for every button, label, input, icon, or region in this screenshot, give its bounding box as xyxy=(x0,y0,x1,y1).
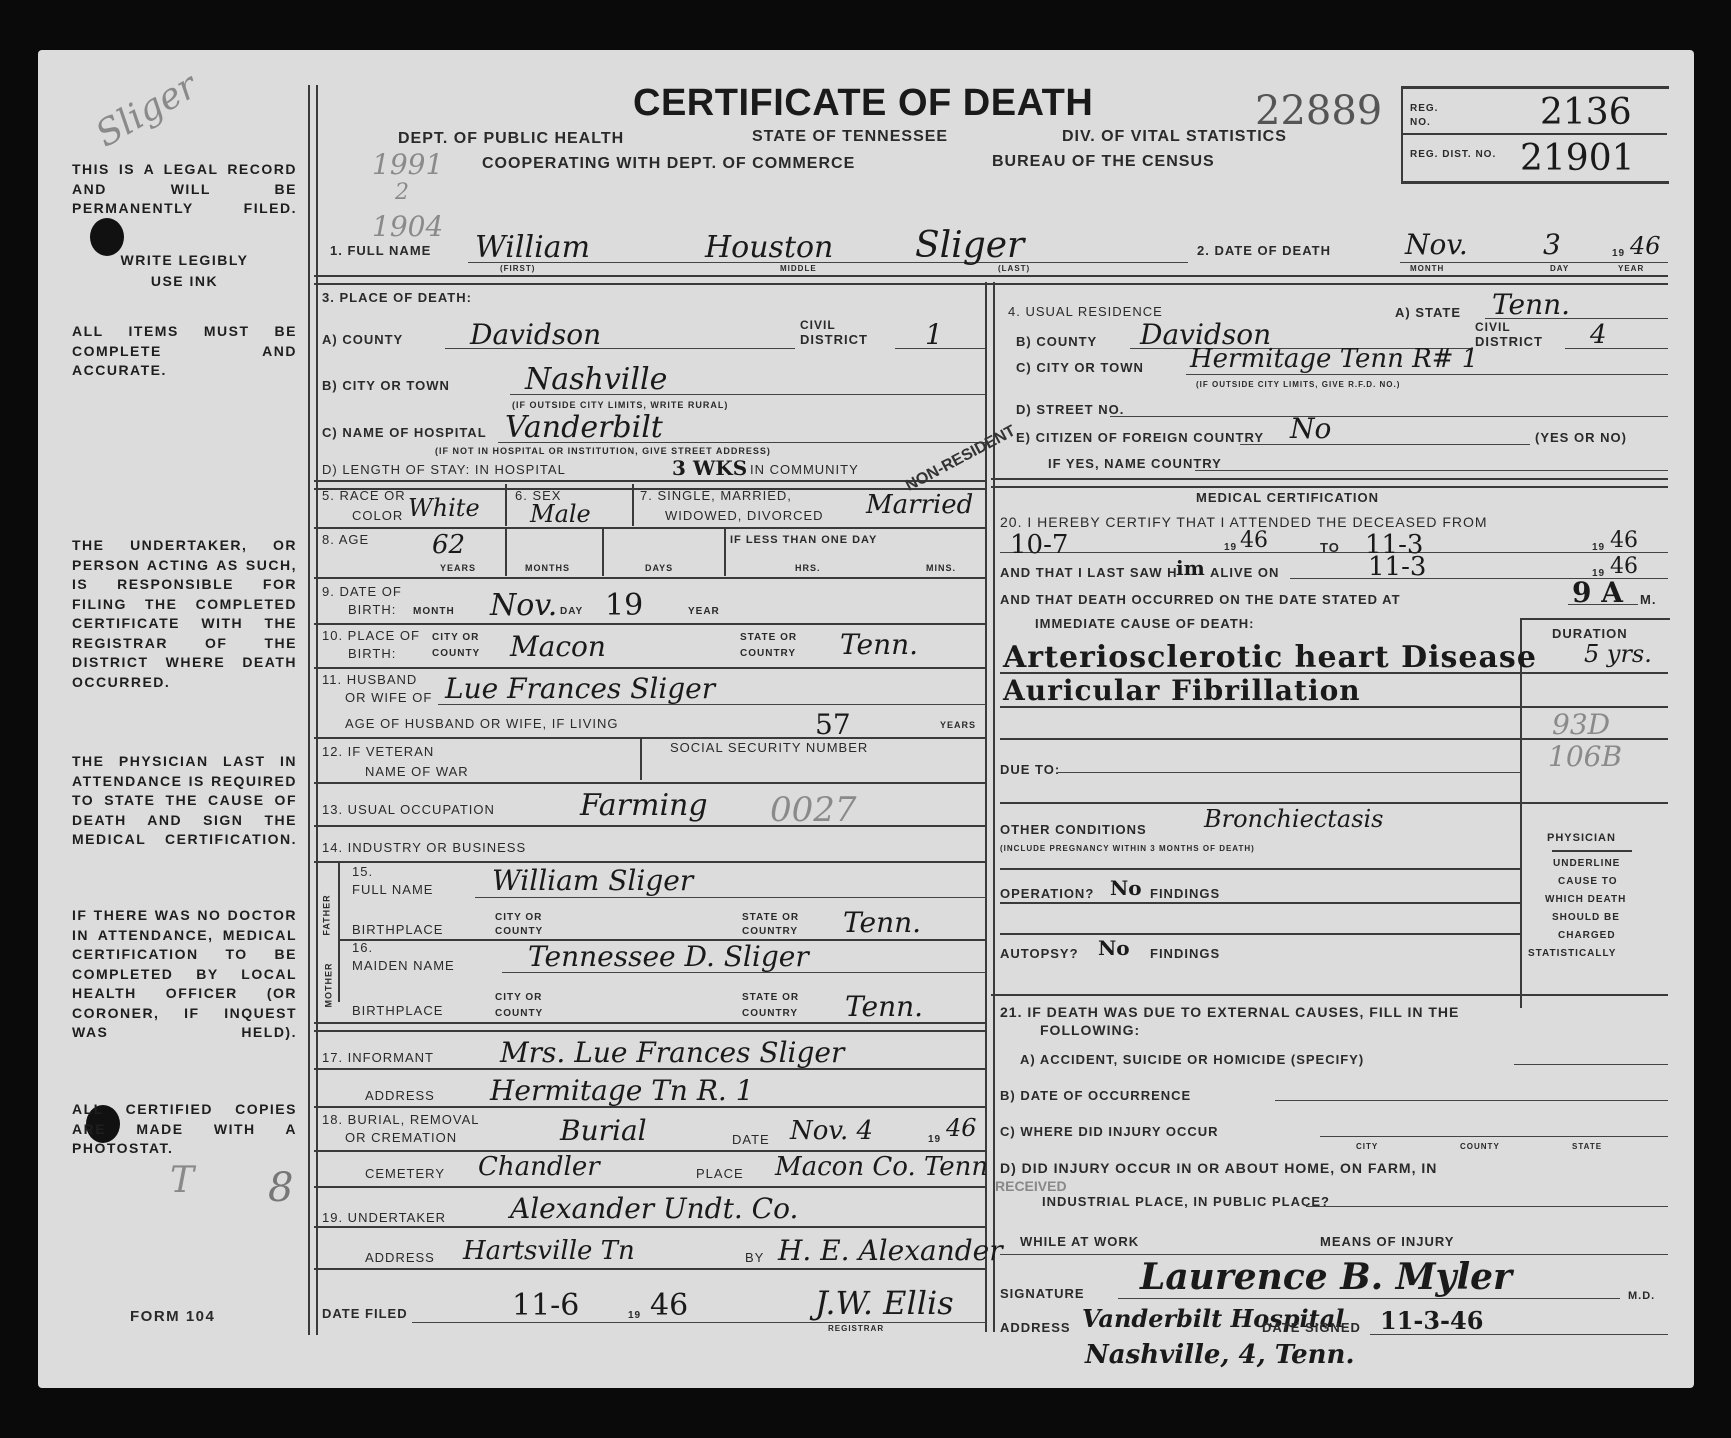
pod-stay-label: D) Length of Stay: In Hospital xyxy=(322,462,566,477)
pod-district: 1 xyxy=(925,318,943,351)
full-name-label: 1. Full Name xyxy=(330,243,431,258)
last-saw-date: 11-3 xyxy=(1368,552,1426,582)
pod-hospital-label: C) Name of Hospital xyxy=(322,425,487,440)
bp-state-label-1: State or xyxy=(740,632,797,643)
time-suffix: M. xyxy=(1640,592,1656,607)
from-year-prefix: 19 xyxy=(1224,542,1237,553)
physician-note-title: Physician xyxy=(1547,832,1616,844)
place-of-death-label: 3. Place of Death: xyxy=(322,290,472,305)
immediate-cause-label: Immediate cause of death: xyxy=(1035,616,1255,631)
birth-month: Nov. xyxy=(490,588,557,623)
age-sub-hrs: Hrs. xyxy=(795,563,821,573)
to-label: To xyxy=(1320,540,1340,555)
informant-name: Mrs. Lue Frances Sliger xyxy=(500,1036,844,1069)
header-dept: Dept. of Public Health xyxy=(398,130,624,148)
registrar-signature: J.W. Ellis xyxy=(815,1284,954,1322)
undertaker-label: 19. Undertaker xyxy=(322,1210,446,1225)
alive-on-label: alive on xyxy=(1210,565,1279,580)
mother-side-label: Mother xyxy=(324,963,334,1008)
age-label: 8. Age xyxy=(322,532,369,547)
ext-c-county: County xyxy=(1460,1142,1500,1151)
due-to-label: Due to: xyxy=(1000,762,1060,777)
marital-label-2: Widowed, Divorced xyxy=(665,508,824,523)
spouse-name: Lue Frances Sliger xyxy=(445,672,715,705)
occupation-pencil-code: 0027 xyxy=(770,790,857,830)
medical-cert-title: Medical Certification xyxy=(1196,490,1379,505)
pod-civil-label: Civil xyxy=(800,318,836,332)
time-of-death: 9 A xyxy=(1572,576,1623,609)
registrar-label: Registrar xyxy=(828,1324,884,1333)
physician-address-2: Nashville, 4, Tenn. xyxy=(1085,1340,1355,1370)
pod-hospital-note: (If not in hospital or institution, give… xyxy=(435,446,771,456)
sidebar-no-doctor-note: IF THERE WAS NO DOCTOR IN ATTENDANCE, ME… xyxy=(72,906,297,1043)
physician-note-5: charged xyxy=(1558,930,1616,941)
father-birthplace-label: Birthplace xyxy=(352,922,443,937)
mother-name-label: Maiden Name xyxy=(352,958,455,973)
full-name-first: William xyxy=(475,230,590,265)
mother-birthplace-state: Tenn. xyxy=(845,990,923,1023)
sidebar-use-ink: USE INK xyxy=(72,272,297,292)
autopsy-value: No xyxy=(1098,936,1130,960)
undertaker-name: Alexander Undt. Co. xyxy=(510,1192,798,1225)
certificate-title: CERTIFICATE OF DEATH xyxy=(633,82,1093,125)
cause-code-2: 106B xyxy=(1548,740,1622,773)
birth-day: 19 xyxy=(605,588,643,623)
to-year-prefix: 19 xyxy=(1592,542,1605,553)
father-city-label-1: City or xyxy=(495,912,542,923)
sub-label-first: (First) xyxy=(500,264,535,273)
pod-city-label: B) City or Town xyxy=(322,378,450,393)
age-sub-days: Days xyxy=(645,563,673,573)
date-filed-label: Date Filed xyxy=(322,1306,408,1321)
spouse-age-label: Age of husband or wife, if living xyxy=(345,716,619,731)
attended-from-year: 46 xyxy=(1240,528,1268,553)
sidebar-photostat-note: ALL CERTIFIED COPIES ARE MADE WITH A PHO… xyxy=(72,1100,297,1159)
operation-value: No xyxy=(1110,876,1142,900)
occupation-value: Farming xyxy=(580,788,708,823)
cause-1-duration: 5 yrs. xyxy=(1584,640,1652,668)
mother-state-label-1: State or xyxy=(742,992,799,1003)
birth-place-city: Macon xyxy=(510,630,606,663)
sub-label-year: Year xyxy=(1618,264,1644,273)
birth-place-label-2: Birth: xyxy=(348,646,396,661)
father-name: William Sliger xyxy=(492,864,693,897)
attended-to-year: 46 xyxy=(1610,528,1638,553)
header-bureau: Bureau of the Census xyxy=(992,153,1215,171)
ext-c-label: C) Where did injury occur xyxy=(1000,1124,1219,1139)
sidebar-all-items: ALL ITEMS MUST BE COMPLETE AND ACCURATE. xyxy=(72,322,297,381)
physician-note-3: which death xyxy=(1545,894,1626,905)
mother-state-label-2: Country xyxy=(742,1008,798,1019)
burial-label-1: 18. Burial, Removal xyxy=(322,1112,479,1127)
burial-place: Macon Co. Tenn xyxy=(775,1152,988,1182)
age-less-than-day: If less than one day xyxy=(730,534,877,546)
birth-place-label-1: 10. Place of xyxy=(322,628,420,643)
sub-label-month: Month xyxy=(1410,264,1444,273)
undertaker-by-label: By xyxy=(745,1250,764,1265)
burial-year-prefix: 19 xyxy=(928,1134,941,1145)
color-label: Color xyxy=(352,508,403,523)
residence-city-label: C) City or Town xyxy=(1016,360,1144,375)
header-state: State of Tennessee xyxy=(752,128,948,146)
marital-label-1: 7. Single, Married, xyxy=(640,488,792,503)
other-conditions-note: (Include pregnancy within 3 months of de… xyxy=(1000,844,1255,853)
age-sub-months: Months xyxy=(525,563,570,573)
mother-name: Tennessee D. Sliger xyxy=(528,940,809,973)
sidebar-undertaker-note: THE UNDERTAKER, OR PERSON ACTING AS SUCH… xyxy=(72,536,297,692)
bp-state-label-2: Country xyxy=(740,648,796,659)
cause-2: Auricular Fibrillation xyxy=(1003,674,1361,707)
residence-state-label: A) State xyxy=(1395,305,1461,320)
ext-c-state: State xyxy=(1572,1142,1602,1151)
pod-city-note: (If outside city limits, write rural) xyxy=(512,400,728,410)
pod-county: Davidson xyxy=(470,318,601,351)
physician-address-label: Address xyxy=(1000,1320,1071,1335)
other-conditions-label: Other Conditions xyxy=(1000,822,1147,837)
physician-note-6: statistically xyxy=(1528,948,1616,959)
date-signed-label: Date Signed xyxy=(1262,1320,1361,1335)
external-causes-label-1: 21. If death was due to external causes,… xyxy=(1000,1004,1459,1020)
ext-b-label: B) Date of occurrence xyxy=(1000,1088,1191,1103)
means-of-injury-label: Means of injury xyxy=(1320,1234,1454,1249)
reg-no-label: Reg. No. xyxy=(1410,102,1460,130)
residence-district: 4 xyxy=(1590,320,1607,350)
residence-street-label: D) Street No. xyxy=(1016,402,1124,417)
cause-1: Arteriosclerotic heart Disease xyxy=(1003,640,1537,675)
father-city-label-2: County xyxy=(495,926,543,937)
pod-hospital: Vanderbilt xyxy=(505,410,663,445)
margin-note-T: T xyxy=(170,1160,194,1201)
date-of-death-label: 2. Date of Death xyxy=(1197,243,1331,258)
time-of-death-label: And that death occurred on the date stat… xyxy=(1000,592,1401,607)
father-name-label: Full Name xyxy=(352,882,433,897)
pod-county-label: A) County xyxy=(322,332,403,347)
burial-place-label: Place xyxy=(696,1166,744,1181)
physician-note-1: Underline xyxy=(1553,858,1620,869)
death-day: 3 xyxy=(1543,228,1561,261)
sub-label-day: Day xyxy=(1550,264,1569,273)
ext-d-label-1: D) Did injury occur in or about home, on… xyxy=(1000,1160,1437,1176)
death-year: 46 xyxy=(1630,232,1661,260)
informant-address: Hermitage Tn R. 1 xyxy=(490,1074,754,1107)
residence-district-label: District xyxy=(1475,334,1543,349)
while-at-work-label: While at work xyxy=(1020,1234,1139,1249)
father-state-label-1: State or xyxy=(742,912,799,923)
birth-year-label: Year xyxy=(688,606,720,617)
pod-city: Nashville xyxy=(525,362,667,397)
other-conditions: Bronchiectasis xyxy=(1204,805,1384,833)
residence-city: Hermitage Tenn R# 1 xyxy=(1190,344,1478,374)
bp-city-label-2: County xyxy=(432,648,480,659)
burial-label-2: or Cremation xyxy=(345,1130,457,1145)
residence-state: Tenn. xyxy=(1492,288,1570,321)
mother-num: 16. xyxy=(352,940,373,955)
sidebar-write-legibly: WRITE LEGIBLY xyxy=(72,251,297,271)
margin-note-2: 2 xyxy=(395,180,409,205)
last-saw-him: im xyxy=(1176,556,1205,580)
operation-label: Operation? xyxy=(1000,886,1094,901)
undertaker-address-label: Address xyxy=(365,1250,435,1265)
burial-year: 46 xyxy=(946,1114,977,1142)
sex-value: Male xyxy=(530,500,591,528)
informant-address-label: Address xyxy=(365,1088,435,1103)
form-number: FORM 104 xyxy=(130,1308,215,1325)
date-filed-year: 46 xyxy=(650,1288,688,1323)
race-value: White xyxy=(408,494,480,522)
spouse-label-1: 11. Husband xyxy=(322,672,417,687)
margin-note-1904: 1904 xyxy=(372,210,443,243)
reg-dist-value: 21901 xyxy=(1520,138,1635,179)
sub-label-last: (Last) xyxy=(998,264,1030,273)
birth-date-label-2: Birth: xyxy=(348,602,396,617)
header-division: Div. of Vital Statistics xyxy=(1062,128,1287,146)
father-state-label-2: Country xyxy=(742,926,798,937)
age-sub-mins: Mins. xyxy=(926,563,956,573)
citizen-note: (Yes or No) xyxy=(1535,430,1627,445)
sidebar-physician-note: THE PHYSICIAN LAST IN ATTENDANCE IS REQU… xyxy=(72,752,297,850)
country-label: If yes, name country xyxy=(1048,456,1222,471)
ssn-label: Social Security Number xyxy=(670,740,868,755)
margin-note-1991: 1991 xyxy=(372,148,443,181)
birth-date-label-1: 9. Date of xyxy=(322,584,402,599)
signature-label: Signature xyxy=(1000,1286,1085,1301)
pod-district-label: District xyxy=(800,332,868,347)
birth-month-label: Month xyxy=(413,606,455,617)
residence-civil-label: Civil xyxy=(1475,320,1511,334)
age-sub-years: Years xyxy=(440,563,476,573)
pod-stay-community-label: In Community xyxy=(750,462,859,477)
burial-date: Nov. 4 xyxy=(790,1116,873,1146)
birth-place-state: Tenn. xyxy=(840,628,918,661)
citizen-value: No xyxy=(1290,412,1331,445)
burial-date-label: Date xyxy=(732,1132,770,1147)
ext-d-label-2: industrial place, in public place? xyxy=(1042,1194,1330,1209)
reg-no-value: 2136 xyxy=(1540,92,1632,133)
occupation-label: 13. Usual Occupation xyxy=(322,802,495,817)
external-causes-label-2: following: xyxy=(1040,1022,1140,1038)
full-name-middle: Houston xyxy=(705,230,833,265)
death-month: Nov. xyxy=(1405,228,1468,261)
burial-value: Burial xyxy=(560,1114,647,1147)
main-left-border xyxy=(308,85,318,1335)
father-birthplace-state: Tenn. xyxy=(843,906,921,939)
mother-city-label-1: City or xyxy=(495,992,542,1003)
autopsy-label: Autopsy? xyxy=(1000,946,1079,961)
death-year-prefix: 19 xyxy=(1612,248,1625,259)
margin-note-8: 8 xyxy=(268,1165,293,1211)
marital-value: Married xyxy=(866,490,973,520)
pod-stay-hospital: 3 WKS xyxy=(672,456,747,480)
father-num: 15. xyxy=(352,864,373,879)
md-label: M.D. xyxy=(1628,1290,1655,1302)
physician-note-2: cause to xyxy=(1558,876,1618,887)
usual-residence-label: 4. Usual Residence xyxy=(1008,304,1163,319)
received-stamp: RECEIVED xyxy=(995,1178,1067,1194)
duration-label: Duration xyxy=(1552,626,1628,641)
date-filed-value: 11-6 xyxy=(512,1288,579,1323)
father-side-label: Father xyxy=(322,894,332,935)
last-saw-label: And that I last saw h xyxy=(1000,565,1177,580)
war-label: Name of War xyxy=(365,764,469,779)
physician-signature: Laurence B. Myler xyxy=(1140,1256,1512,1298)
age-years: 62 xyxy=(432,530,465,560)
reg-dist-label: Reg. Dist. No. xyxy=(1410,148,1500,162)
veteran-label: 12. If Veteran xyxy=(322,744,434,759)
industry-label: 14. Industry or Business xyxy=(322,840,526,855)
mother-birthplace-label: Birthplace xyxy=(352,1003,443,1018)
undertaker-address: Hartsville Tn xyxy=(463,1236,635,1266)
race-label: 5. Race or xyxy=(322,488,406,503)
cause-code-1: 93D xyxy=(1552,708,1610,741)
residence-city-note: (If outside city limits, give R.F.D. No.… xyxy=(1196,380,1400,389)
full-name-last: Sliger xyxy=(915,225,1024,266)
mother-city-label-2: County xyxy=(495,1008,543,1019)
date-signed: 11-3-46 xyxy=(1380,1306,1483,1335)
sidebar-legal-record: THIS IS A LEGAL RECORD AND WILL BE PERMA… xyxy=(72,160,297,219)
header-cooperating: Cooperating with Dept. of Commerce xyxy=(482,155,855,173)
ext-a-label: A) Accident, suicide or homicide (specif… xyxy=(1020,1052,1364,1067)
citizen-label: E) Citizen of Foreign Country xyxy=(1016,430,1264,445)
sub-label-middle: Middle xyxy=(780,264,817,273)
cemetery-label: Cemetery xyxy=(365,1166,445,1181)
birth-day-label: Day xyxy=(560,606,583,617)
ext-c-city: City xyxy=(1356,1142,1378,1151)
undertaker-by: H. E. Alexander xyxy=(778,1234,1003,1267)
autopsy-findings-label: Findings xyxy=(1150,946,1220,961)
informant-label: 17. Informant xyxy=(322,1050,434,1065)
attended-from-date: 10-7 xyxy=(1010,530,1068,560)
cemetery-value: Chandler xyxy=(478,1152,600,1182)
physician-note-4: should be xyxy=(1552,912,1620,923)
bp-city-label-1: City or xyxy=(432,632,479,643)
residence-county-label: B) County xyxy=(1016,334,1097,349)
spouse-years-label: Years xyxy=(940,720,976,730)
date-filed-year-prefix: 19 xyxy=(628,1310,641,1321)
spouse-label-2: or Wife of xyxy=(345,690,432,705)
operation-findings-label: Findings xyxy=(1150,886,1220,901)
